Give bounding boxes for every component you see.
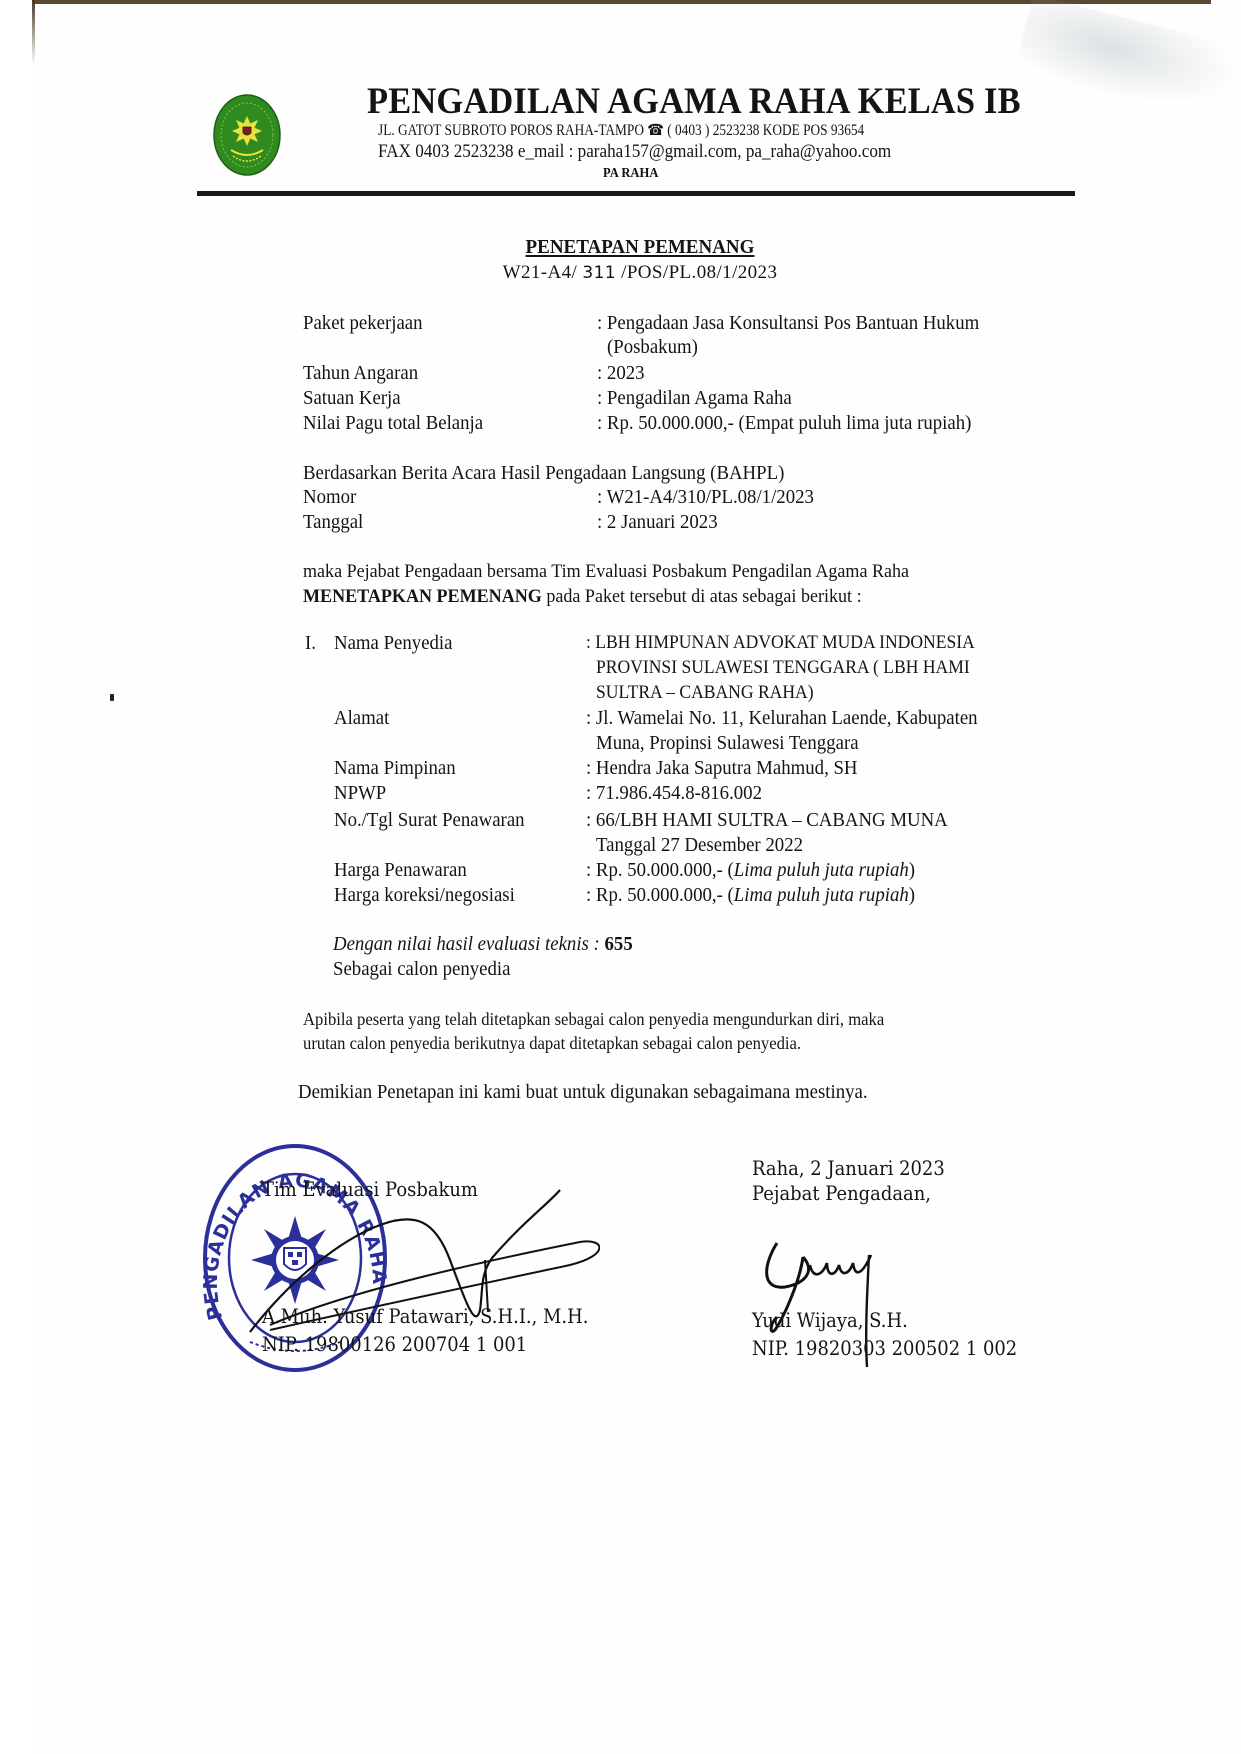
decision-text: maka Pejabat Pengadaan bersama Tim Evalu…	[303, 561, 909, 583]
winner-index: I.	[305, 632, 316, 655]
paren: )	[909, 859, 915, 881]
field-label: Paket pekerjaan	[303, 312, 423, 335]
closing-statement: Demikian Penetapan ini kami buat untuk d…	[298, 1081, 868, 1104]
decision-keyword: MENETAPKAN PEMENANG	[303, 586, 542, 607]
field-label: Nama Pimpinan	[334, 757, 456, 780]
amount-words: Lima puluh juta rupiah	[734, 859, 909, 881]
letterhead-address: JL. GATOT SUBROTO POROS RAHA-TAMPO ☎ ( 0…	[378, 121, 864, 140]
field-value: : Pengadilan Agama Raha	[597, 387, 792, 410]
field-value: : Pengadaan Jasa Konsultansi Pos Bantuan…	[597, 312, 979, 335]
basis-intro: Berdasarkan Berita Acara Hasil Pengadaan…	[303, 462, 784, 485]
field-value: Tanggal 27 Desember 2022	[596, 834, 803, 857]
signatory-nip: NIP. 19820303 200502 1 002	[752, 1337, 1017, 1360]
field-label: Alamat	[334, 707, 389, 730]
decision-rest: pada Paket tersebut di atas sebagai beri…	[542, 586, 862, 607]
field-label: Nomor	[303, 486, 356, 509]
field-value: Muna, Propinsi Sulawesi Tenggara	[596, 732, 859, 755]
place-date: Raha, 2 Januari 2023	[752, 1157, 945, 1180]
field-value: : 2 Januari 2023	[597, 511, 718, 534]
field-value: : Rp. 50.000.000,- (Lima puluh juta rupi…	[586, 884, 915, 907]
field-value: : 66/LBH HAMI SULTRA – CABANG MUNA	[586, 809, 948, 832]
signatory-name: Yudi Wijaya, S.H.	[752, 1309, 908, 1332]
field-label: Satuan Kerja	[303, 387, 401, 410]
field-value: SULTRA – CABANG RAHA)	[596, 683, 814, 704]
field-label: Tahun Angaran	[303, 362, 418, 385]
field-label: Nama Penyedia	[334, 632, 453, 655]
candidate-note: Sebagai calon penyedia	[333, 958, 510, 981]
field-value: : 71.986.454.8-816.002	[586, 782, 762, 805]
field-label: Nilai Pagu total Belanja	[303, 412, 483, 435]
number-prefix: W21-A4/	[503, 262, 583, 283]
field-label: Harga koreksi/negosiasi	[334, 884, 515, 907]
number-handwritten: 311	[582, 263, 616, 283]
evaluation-score: 655	[605, 933, 633, 955]
field-value: : W21-A4/310/PL.08/1/2023	[597, 486, 814, 509]
field-value: : Jl. Wamelai No. 11, Kelurahan Laende, …	[586, 707, 978, 730]
evaluation-score-line: Dengan nilai hasil evaluasi teknis : 655	[333, 933, 633, 956]
amount: : Rp. 50.000.000,- (	[586, 859, 734, 881]
scan-edge-left	[32, 0, 35, 65]
signatory-role: Pejabat Pengadaan,	[752, 1182, 931, 1205]
field-value: : LBH HIMPUNAN ADVOKAT MUDA INDONESIA	[586, 633, 975, 654]
letterhead-title: PENGADILAN AGAMA RAHA KELAS IB	[367, 80, 1021, 123]
paren: )	[909, 884, 915, 906]
field-value: : Rp. 50.000.000,- (Empat puluh lima jut…	[597, 412, 971, 435]
letterhead-divider	[197, 191, 1075, 196]
field-value: PROVINSI SULAWESI TENGGARA ( LBH HAMI	[596, 658, 970, 679]
field-label: Tanggal	[303, 511, 363, 534]
field-value: (Posbakum)	[607, 336, 698, 359]
scan-speck	[110, 694, 114, 701]
letterhead-short-name: PA RAHA	[603, 166, 658, 182]
signatory-nip: NIP. 19800126 200704 1 001	[262, 1333, 527, 1356]
court-emblem-icon	[213, 94, 281, 176]
letterhead-contact: FAX 0403 2523238 e_mail : paraha157@gmai…	[378, 141, 891, 163]
amount-words: Lima puluh juta rupiah	[734, 884, 909, 906]
number-suffix: /POS/PL.08/1/2023	[616, 262, 777, 283]
field-label: Harga Penawaran	[334, 859, 467, 882]
field-value: : 2023	[597, 362, 645, 385]
field-label: NPWP	[334, 782, 386, 805]
document-title: PENETAPAN PEMENANG	[32, 236, 1241, 259]
field-label: No./Tgl Surat Penawaran	[334, 809, 525, 832]
field-value: : Rp. 50.000.000,- (Lima puluh juta rupi…	[586, 859, 915, 882]
withdrawal-note: urutan calon penyedia berikutnya dapat d…	[303, 1033, 801, 1054]
signatory-name: A.Muh. Yusuf Patawari, S.H.I., M.H.	[262, 1305, 588, 1328]
amount: : Rp. 50.000.000,- (	[586, 884, 734, 906]
evaluation-label: Dengan nilai hasil evaluasi teknis :	[333, 933, 605, 955]
decision-text: MENETAPKAN PEMENANG pada Paket tersebut …	[303, 586, 862, 608]
withdrawal-note: Apibila peserta yang telah ditetapkan se…	[303, 1009, 884, 1030]
document-number: W21-A4/ 311 /POS/PL.08/1/2023	[0, 262, 1241, 284]
field-value: : Hendra Jaka Saputra Mahmud, SH	[586, 757, 857, 780]
